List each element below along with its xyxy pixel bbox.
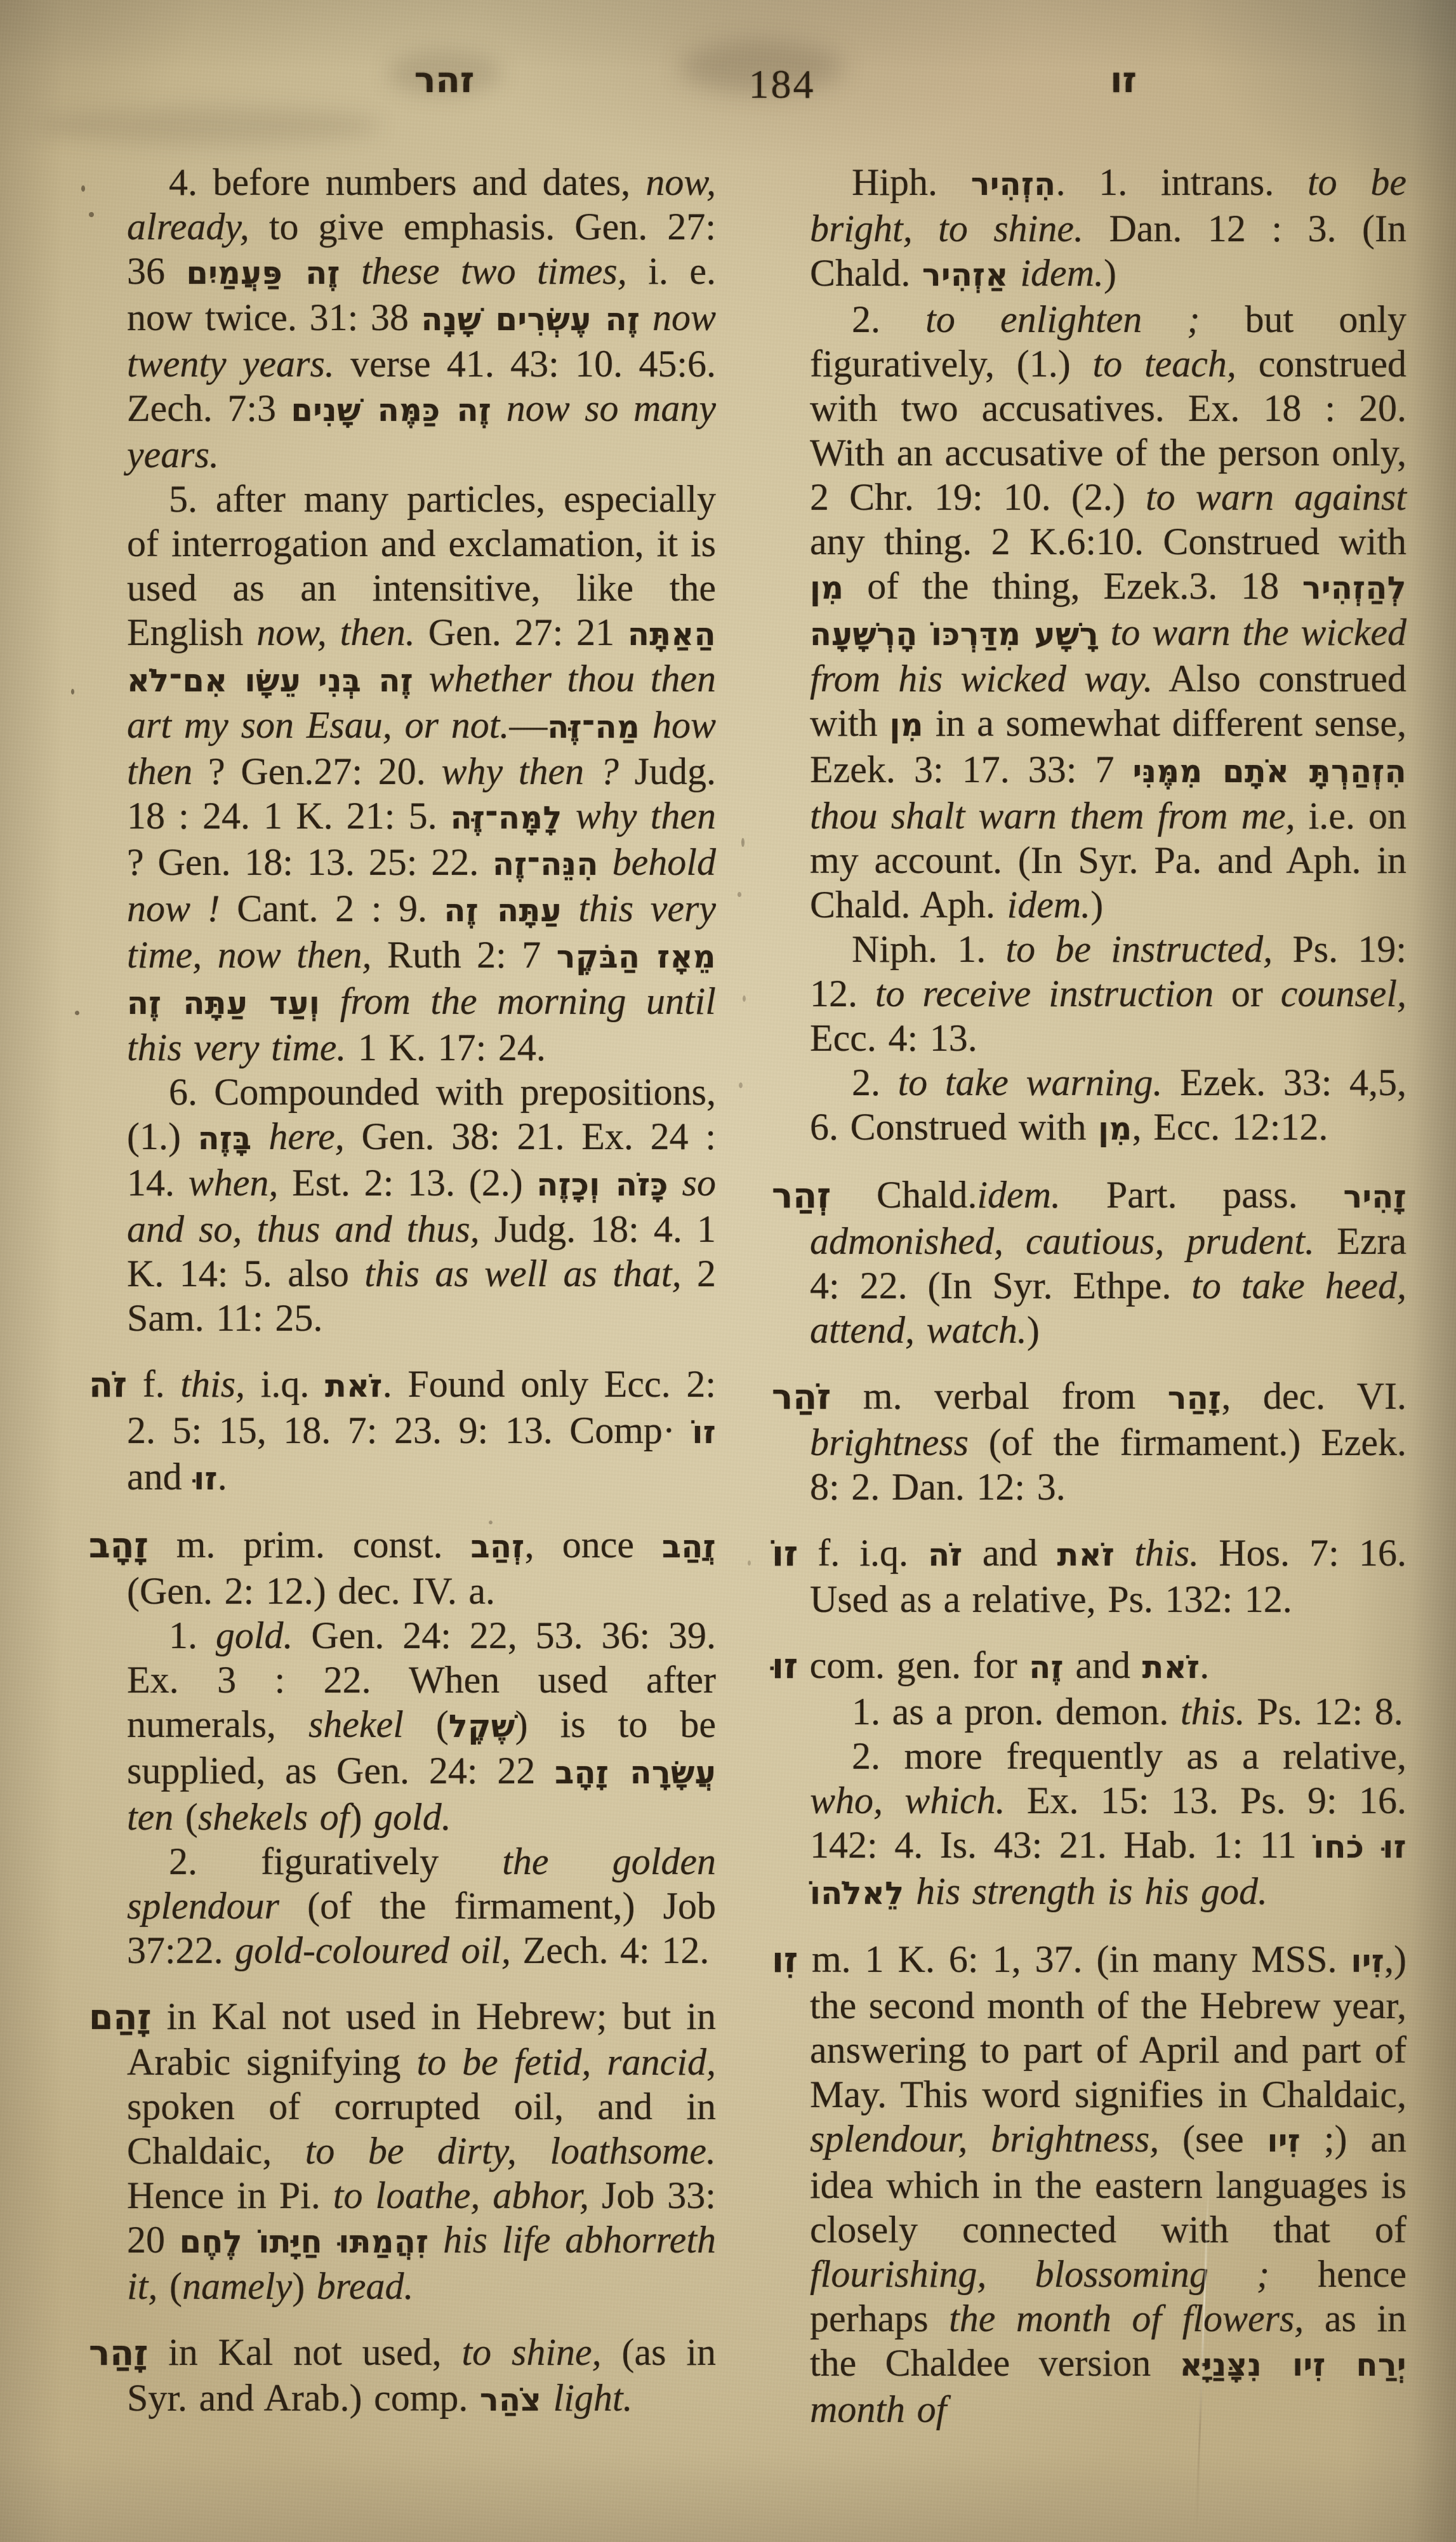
text-run: m. prim. const.: [149, 1524, 471, 1566]
zahar-niphal: Niph. 1. to be instructed, Ps. 19: 12. t…: [810, 927, 1406, 1060]
italic-text: shekels of: [198, 1796, 350, 1838]
italic-text: to be instructed,: [1005, 928, 1273, 970]
hebrew-text: מִן: [810, 569, 844, 606]
entry-zahav: זָהָב m. prim. const. זְהַב, once זֲהַב …: [127, 1522, 716, 1613]
hebrew-headword: זוֹ: [772, 1534, 798, 1574]
ink-speck: [741, 838, 745, 847]
hebrew-headword: זָהַר: [89, 2333, 148, 2374]
sense-5: 5. after many particles, especially of i…: [127, 477, 716, 1070]
text-run: , Ecc. 12:12.: [1132, 1106, 1328, 1148]
ink-speck: [75, 1011, 79, 1015]
text-run: 1. as a pron. demon.: [852, 1691, 1181, 1733]
italic-text: idem.: [977, 1174, 1061, 1216]
italic-text: why then ?: [442, 750, 619, 792]
ink-speck: [739, 1082, 743, 1088]
text-run: f. i.q.: [798, 1532, 928, 1574]
text-run: of the thing, Ezek.3. 18: [844, 565, 1302, 607]
text-run: and: [1064, 1644, 1142, 1686]
ink-speck: [81, 185, 85, 192]
text-run: com. gen. for: [798, 1644, 1029, 1686]
text-run: ): [1090, 884, 1103, 926]
running-head-right-word: זו: [1110, 60, 1137, 101]
italic-text: here,: [268, 1115, 344, 1157]
text-run: .: [1200, 1644, 1209, 1686]
text-run: , once: [525, 1524, 662, 1566]
text-run: any thing. 2 K.6:10. Construed with: [810, 521, 1406, 562]
entry-zoh: זֹה f. this, i.q. זֹאת. Found only Ecc. …: [127, 1362, 716, 1501]
text-run: and: [127, 1456, 194, 1498]
text-run: [252, 1115, 269, 1157]
hebrew-text: שֶׁקֶל: [449, 1708, 515, 1745]
text-run: ? Gen.27: 20.: [192, 750, 441, 792]
entry-ziv: זִו m. 1 K. 6: 1, 37. (in many MSS. זִיו…: [810, 1937, 1406, 2432]
text-run: [1115, 1532, 1134, 1574]
italic-text: idem.: [1007, 884, 1091, 926]
text-run: 4. before numbers and dates,: [169, 161, 645, 203]
text-run: and: [963, 1532, 1057, 1574]
text-run: , dec. VI.: [1221, 1375, 1406, 1417]
hebrew-text: כָּזֹה וְכָזֶה: [536, 1166, 668, 1203]
text-run: f.: [127, 1363, 180, 1405]
zahav-sense-2: 2. figuratively the golden splendour (of…: [127, 1839, 716, 1973]
italic-text: splendour, brightness,: [810, 2118, 1159, 2160]
italic-text: to teach,: [1093, 343, 1236, 385]
italic-text: this.: [1181, 1691, 1245, 1733]
text-run: Ps. 12: 8.: [1245, 1691, 1403, 1733]
italic-text: why then: [576, 795, 716, 837]
text-run: (see: [1159, 2118, 1267, 2160]
text-run: [640, 704, 652, 746]
italic-text: the month of flowers,: [949, 2298, 1304, 2339]
italic-text: bread.: [317, 2265, 414, 2307]
ink-speck: [743, 995, 746, 1002]
text-run: m. 1 K. 6: 1, 37. (in many MSS.: [798, 1938, 1351, 1980]
text-run: (: [173, 1796, 198, 1838]
hebrew-text: זוּ: [194, 1460, 218, 1497]
text-run: 2. figuratively: [169, 1840, 502, 1882]
italic-text: who, which.: [810, 1780, 1005, 1821]
text-run: .: [218, 1456, 227, 1498]
text-run: Cant. 2 : 9.: [220, 888, 444, 929]
text-run: m. verbal from: [831, 1375, 1168, 1417]
hebrew-text: לָמָּה־זֶּה: [451, 799, 562, 836]
italic-text: idem.: [1020, 252, 1104, 294]
hebrew-text: הִזְהַרְתָּ אֹתָם מִמֶּנִּי: [1133, 753, 1406, 790]
text-run: [320, 980, 340, 1022]
italic-text: light.: [553, 2377, 633, 2419]
hebrew-text: הִזְהִיר: [971, 166, 1056, 203]
text-run: [428, 2219, 443, 2261]
italic-text: brightness: [810, 1421, 969, 1463]
text-run: [202, 934, 217, 976]
italic-text: to take warning.: [898, 1061, 1163, 1103]
ink-speck: [71, 689, 74, 695]
hebrew-text: יְרַח זִיו נִצָּנַיָּא: [1180, 2346, 1406, 2383]
italic-text: now, then.: [256, 611, 415, 653]
hebrew-text: צֹהַר: [480, 2381, 541, 2418]
text-run: [491, 387, 506, 429]
italic-text: gold-coloured oil,: [235, 1929, 511, 1971]
page-number: 184: [749, 61, 816, 108]
hebrew-text: זֲהַב: [662, 1528, 716, 1565]
italic-text: this as well as that,: [364, 1253, 681, 1294]
text-run: 2.: [852, 298, 925, 340]
hebrew-text: זָהַר: [1168, 1380, 1222, 1416]
hebrew-headword: זֹהַר: [772, 1377, 831, 1418]
italic-text: admonished, cautious, prudent.: [810, 1220, 1314, 1262]
text-run: [668, 1162, 682, 1204]
zahar-hiphil: Hiph. הִזְהִיר. 1. intrans. to be bright…: [810, 160, 1406, 297]
sense-6: 6. Compounded with prepositions, (1.) בָ…: [127, 1070, 716, 1340]
zu-sense-1: 1. as a pron. demon. this. Ps. 12: 8.: [810, 1689, 1406, 1734]
hebrew-headword: זוּ: [772, 1646, 798, 1687]
text-run: [562, 888, 579, 929]
italic-text: gold.: [374, 1796, 451, 1838]
text-run: i.q.: [245, 1363, 325, 1405]
text-run: ? Gen. 18: 13. 25: 22.: [127, 841, 493, 883]
hebrew-text: זוֹ: [692, 1414, 716, 1451]
italic-text: flourishing, blossoming ;: [810, 2253, 1269, 2295]
italic-text: ten: [127, 1796, 173, 1838]
ink-speck: [89, 212, 94, 217]
hebrew-text: עֲשָׂרָה זָהָב: [555, 1754, 716, 1791]
hebrew-text: מִן: [1098, 1110, 1132, 1147]
text-run: 1.: [169, 1614, 216, 1656]
italic-text: to be fetid, rancid,: [417, 2041, 716, 2083]
italic-text: month of: [810, 2388, 946, 2430]
text-run: [1009, 252, 1021, 294]
text-run: 2.: [852, 1061, 898, 1103]
text-run: [904, 1870, 916, 1912]
italic-text: to shine,: [461, 2331, 601, 2373]
hebrew-text: זִהֲמַתּוּ חַיָּתוֹ לֶחֶם: [180, 2223, 429, 2260]
hebrew-headword: זָהַם: [89, 1997, 151, 2038]
text-run: ): [349, 1796, 374, 1838]
italic-text: gold.: [216, 1614, 293, 1656]
ink-speck: [738, 892, 741, 897]
text-run: Hiph.: [852, 161, 971, 203]
ink-speck: [748, 1560, 751, 1566]
hebrew-text: זֹאת: [1057, 1536, 1115, 1573]
running-head-left-word: זהר: [414, 60, 475, 101]
left-column: 4. before numbers and dates, now, alread…: [127, 160, 716, 2422]
text-run: [340, 250, 361, 292]
text-run: or: [1214, 973, 1281, 1015]
text-run: [599, 841, 612, 883]
entry-zahar-verb: זָהַר in Kal not used, to shine, (as in …: [127, 2330, 716, 2422]
text-run: Hence in Pi.: [127, 2174, 333, 2216]
text-run: [1099, 611, 1111, 653]
entry-zo: זוֹ f. i.q. זֹה and זֹאת this. Hos. 7: 1…: [810, 1531, 1406, 1621]
hebrew-text: עַתָּה זֶה: [444, 892, 562, 929]
zahar-hiphil-sense-2: 2. to enlighten ; but only figuratively,…: [810, 297, 1406, 927]
zu-sense-2: 2. more frequently as a relative, who, w…: [810, 1734, 1406, 1915]
text-run: (: [157, 2265, 182, 2307]
italic-text: this,: [180, 1363, 245, 1405]
text-run: Est. 2: 13. (2.): [278, 1162, 536, 1204]
text-run: 2. more frequently as a relative,: [852, 1735, 1406, 1777]
italic-text: to be dirty, loathsome.: [305, 2130, 716, 2172]
hebrew-text: זִיו: [1267, 2122, 1301, 2159]
italic-text: thou shalt warn them from me,: [810, 795, 1295, 837]
hebrew-text: זְהַב: [471, 1528, 525, 1565]
text-run: Zech. 4: 12.: [511, 1929, 709, 1971]
text-run: [562, 795, 576, 837]
hebrew-text: זֶה פַּעֲמַיִם: [186, 255, 340, 291]
text-run: [640, 296, 652, 338]
italic-text: to warn against: [1146, 476, 1406, 518]
text-run: ): [292, 2265, 317, 2307]
hebrew-text: זֹה: [928, 1536, 962, 1573]
italic-text: when,: [189, 1162, 279, 1204]
hebrew-text: הִנֵּה־זֶה: [493, 846, 599, 882]
text-run: . 1. intrans.: [1056, 161, 1307, 203]
text-run: Gen. 27: 21: [415, 611, 628, 653]
text-run: ): [1104, 252, 1116, 294]
hebrew-headword: זֹה: [89, 1365, 127, 1406]
text-run: [413, 658, 429, 700]
show-through-smudge: [38, 107, 381, 145]
text-run: 1 K. 17: 24.: [346, 1027, 545, 1068]
hebrew-text: זֹאת: [1142, 1649, 1200, 1686]
hebrew-text: זֶה: [1029, 1649, 1063, 1686]
text-run: Niph. 1.: [852, 928, 1005, 970]
hebrew-text: זִיו: [1351, 1943, 1384, 1980]
text-run: ): [1027, 1309, 1040, 1351]
sense-4: 4. before numbers and dates, now, alread…: [127, 160, 716, 477]
entry-zaham: זָהַם in Kal not used in Hebrew; but in …: [127, 1994, 716, 2308]
text-run: (: [404, 1703, 449, 1745]
italic-text: to receive instruction: [875, 973, 1214, 1015]
text-run: —: [509, 704, 547, 746]
italic-text: to loathe, abhor,: [333, 2174, 589, 2216]
text-run: Ecc. 4: 13.: [810, 1017, 977, 1059]
italic-text: these two times,: [361, 250, 627, 292]
italic-text: this.: [1134, 1532, 1199, 1574]
text-run: in Kal not used,: [148, 2331, 461, 2373]
hebrew-text: בָּזֶה: [198, 1120, 252, 1157]
text-run: [541, 2377, 553, 2419]
entry-zehar-chald: זְהַר Chald.idem. Part. pass. זָהִיר adm…: [810, 1173, 1406, 1352]
hebrew-headword: זִו: [772, 1940, 798, 1981]
entry-zohar-noun: זֹהַר m. verbal from זָהַר, dec. VI. bri…: [810, 1374, 1406, 1509]
right-column: Hiph. הִזְהִיר. 1. intrans. to be bright…: [810, 160, 1406, 2432]
text-run: Chald.: [831, 1174, 977, 1216]
hebrew-text: מִן: [889, 707, 923, 743]
italic-text: to enlighten ;: [925, 298, 1200, 340]
zahar-niphal-sense-2: 2. to take warning. Ezek. 33: 4,5, 6. Co…: [810, 1060, 1406, 1151]
hebrew-headword: זָהָב: [89, 1526, 149, 1566]
text-run: Part. pass.: [1061, 1174, 1343, 1216]
italic-text: namely: [182, 2265, 292, 2307]
text-run: (Gen. 2: 12.) dec. IV. a.: [127, 1570, 495, 1612]
entry-zu: זוּ com. gen. for זֶה and זֹאת.: [810, 1643, 1406, 1689]
italic-text: shekel: [308, 1703, 404, 1745]
hebrew-text: זֹאת: [325, 1367, 383, 1404]
hebrew-text: מַה־זֶּה: [547, 709, 640, 745]
hebrew-text: זֶה עֶשְׂרִים שָׁנָה: [421, 301, 640, 338]
text-run: Ruth 2: 7: [372, 934, 557, 976]
italic-text: counsel,: [1281, 973, 1406, 1015]
hebrew-text: אַזְהִיר: [922, 256, 1009, 293]
italic-text: his strength is his god.: [916, 1870, 1267, 1912]
zahav-sense-1: 1. gold. Gen. 24: 22, 53. 36: 39. Ex. 3 …: [127, 1613, 716, 1839]
hebrew-text: זֶה כַּמֶּה שָׁנִים: [291, 392, 492, 429]
hebrew-text: זָהִיר: [1343, 1178, 1406, 1215]
italic-text: now then,: [218, 934, 372, 976]
hebrew-headword: זְהַר: [772, 1176, 831, 1216]
